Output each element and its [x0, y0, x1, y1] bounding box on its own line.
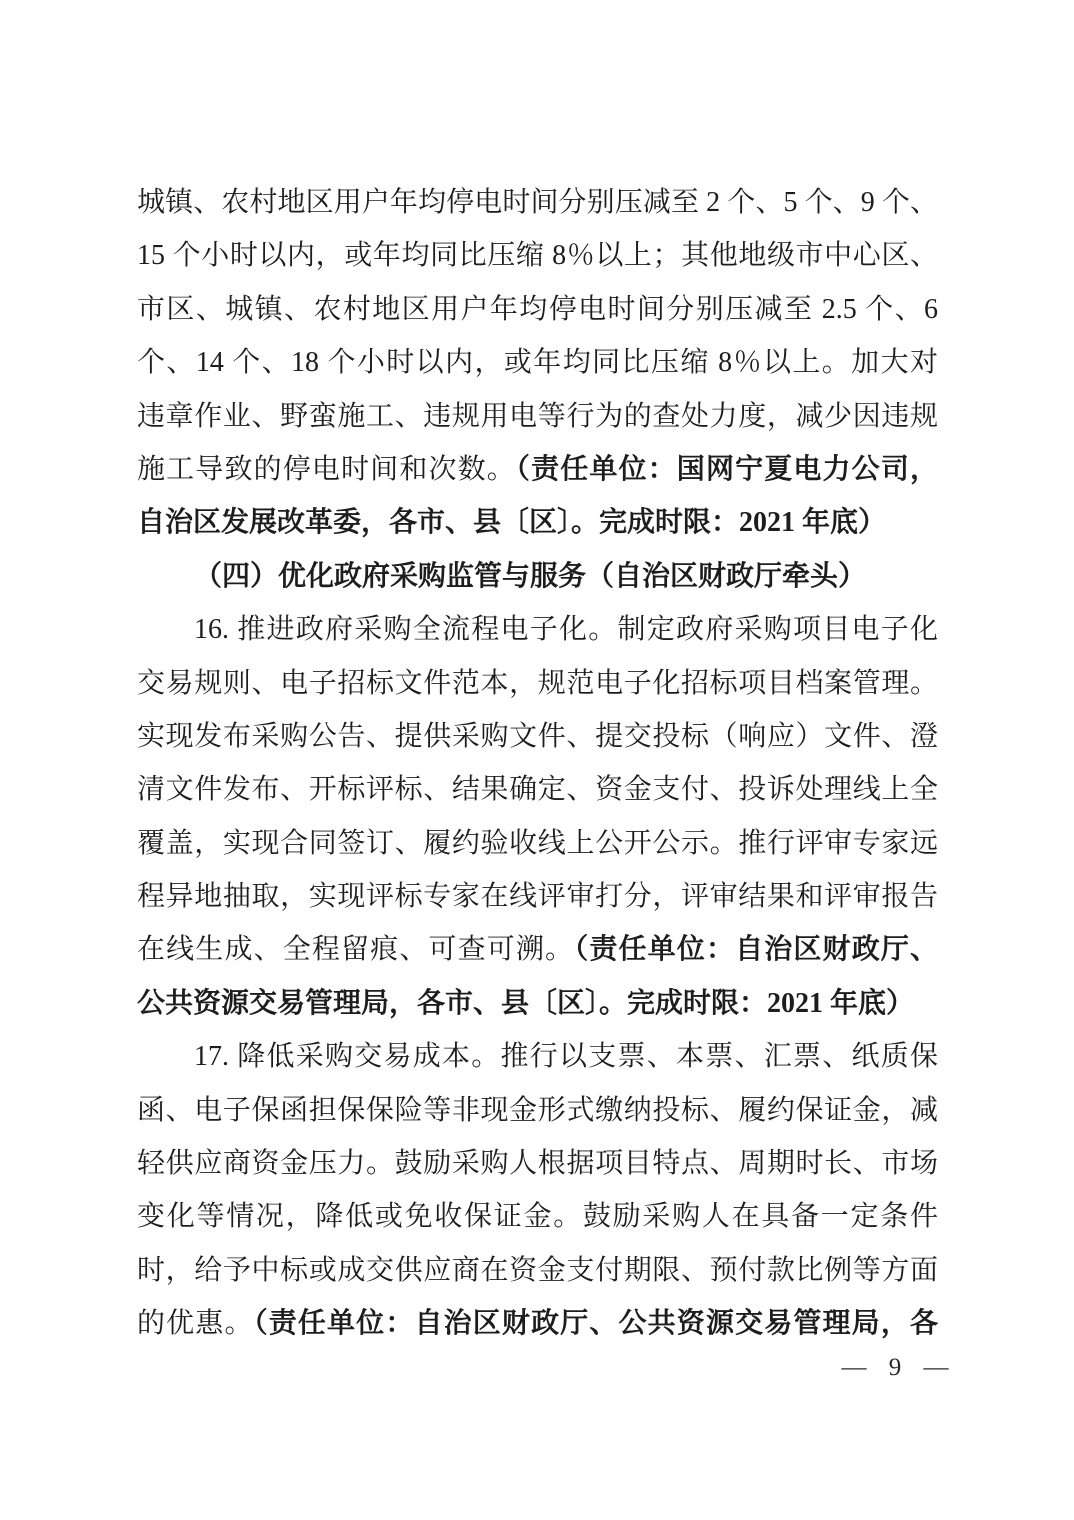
body-line-14: 程异地抽取，实现评标专家在线评审打分，评审结果和评审报告: [137, 870, 938, 923]
text-segment: 时，给予中标或成交供应商在资金支付期限、预付款比例等方面: [137, 1255, 938, 1286]
body-line-21: 时，给予中标或成交供应商在资金支付期限、预付款比例等方面: [137, 1244, 938, 1297]
text-segment: 16. 推进政府采购全流程电子化。制定政府采购项目电子化: [194, 614, 938, 645]
emphasis-segment: 自治区发展改革委，各市、县〔区〕。完成时限：2021 年底）: [137, 507, 886, 538]
text-segment: 清文件发布、开标评标、结果确定、资金支付、投诉处理线上全: [137, 774, 938, 805]
body-line-11: 实现发布采购公告、提供采购文件、提交投标（响应）文件、澄: [137, 710, 938, 763]
body-line-06: 施工导致的停电时间和次数。（责任单位：国网宁夏电力公司，: [137, 443, 938, 496]
body-line-01: 城镇、农村地区用户年均停电时间分别压减至 2 个、5 个、9 个、: [137, 176, 938, 229]
body-line-15: 在线生成、全程留痕、可查可溯。（责任单位：自治区财政厅、: [137, 923, 938, 976]
body-line-09: 16. 推进政府采购全流程电子化。制定政府采购项目电子化: [137, 603, 938, 656]
body-line-05: 违章作业、野蛮施工、违规用电等行为的查处力度，减少因违规: [137, 390, 938, 443]
body-line-16: 公共资源交易管理局，各市、县〔区〕。完成时限：2021 年底）: [137, 977, 938, 1030]
document-page: 城镇、农村地区用户年均停电时间分别压减至 2 个、5 个、9 个、15 个小时以…: [0, 0, 1074, 1520]
emphasis-segment: （责任单位：国网宁夏电力公司，: [516, 454, 938, 485]
text-segment: 个、14 个、18 个小时以内，或年均同比压缩 8％以上。加大对: [137, 347, 938, 378]
page-number: — 9 —: [810, 1348, 980, 1388]
text-segment: 施工导致的停电时间和次数。: [137, 454, 516, 485]
emphasis-segment: （责任单位：自治区财政厅、公共资源交易管理局，各: [254, 1308, 938, 1339]
body-line-22: 的优惠。（责任单位：自治区财政厅、公共资源交易管理局，各: [137, 1297, 938, 1350]
emphasis-segment: （四）优化政府采购监管与服务（自治区财政厅牵头）: [194, 561, 866, 592]
emphasis-segment: （责任单位：自治区财政厅、: [574, 934, 938, 965]
text-segment: 程异地抽取，实现评标专家在线评审打分，评审结果和评审报告: [137, 881, 938, 912]
text-segment: 15 个小时以内，或年均同比压缩 8％以上；其他地级市中心区、: [137, 240, 938, 271]
text-segment: 函、电子保函担保保险等非现金形式缴纳投标、履约保证金，减: [137, 1095, 938, 1126]
body-line-07: 自治区发展改革委，各市、县〔区〕。完成时限：2021 年底）: [137, 496, 938, 549]
text-segment: 实现发布采购公告、提供采购文件、提交投标（响应）文件、澄: [137, 721, 938, 752]
text-segment: 市区、城镇、农村地区用户年均停电时间分别压减至 2.5 个、6: [137, 294, 938, 325]
body-line-19: 轻供应商资金压力。鼓励采购人根据项目特点、周期时长、市场: [137, 1137, 938, 1190]
text-segment: 违章作业、野蛮施工、违规用电等行为的查处力度，减少因违规: [137, 401, 938, 432]
text-segment: 覆盖，实现合同签订、履约验收线上公开公示。推行评审专家远: [137, 828, 938, 859]
text-segment: 轻供应商资金压力。鼓励采购人根据项目特点、周期时长、市场: [137, 1148, 938, 1179]
body-line-04: 个、14 个、18 个小时以内，或年均同比压缩 8％以上。加大对: [137, 336, 938, 389]
text-segment: 在线生成、全程留痕、可查可溯。: [137, 934, 574, 965]
text-segment: 交易规则、电子招标文件范本，规范电子化招标项目档案管理。: [137, 668, 938, 699]
text-segment: 变化等情况，降低或免收保证金。鼓励采购人在具备一定条件: [137, 1201, 938, 1232]
text-segment: 17. 降低采购交易成本。推行以支票、本票、汇票、纸质保: [194, 1041, 938, 1072]
body-line-02: 15 个小时以内，或年均同比压缩 8％以上；其他地级市中心区、: [137, 229, 938, 282]
emphasis-segment: 公共资源交易管理局，各市、县〔区〕。完成时限：2021 年底）: [137, 988, 914, 1019]
body-line-18: 函、电子保函担保保险等非现金形式缴纳投标、履约保证金，减: [137, 1084, 938, 1137]
body-line-12: 清文件发布、开标评标、结果确定、资金支付、投诉处理线上全: [137, 763, 938, 816]
body-line-13: 覆盖，实现合同签订、履约验收线上公开公示。推行评审专家远: [137, 817, 938, 870]
document-body: 城镇、农村地区用户年均停电时间分别压减至 2 个、5 个、9 个、15 个小时以…: [137, 176, 938, 1351]
section-heading-line: （四）优化政府采购监管与服务（自治区财政厅牵头）: [137, 550, 938, 603]
body-line-10: 交易规则、电子招标文件范本，规范电子化招标项目档案管理。: [137, 657, 938, 710]
text-segment: 城镇、农村地区用户年均停电时间分别压减至 2 个、5 个、9 个、: [137, 187, 938, 218]
text-segment: 的优惠。: [137, 1308, 254, 1339]
body-line-03: 市区、城镇、农村地区用户年均停电时间分别压减至 2.5 个、6: [137, 283, 938, 336]
body-line-20: 变化等情况，降低或免收保证金。鼓励采购人在具备一定条件: [137, 1190, 938, 1243]
body-line-17: 17. 降低采购交易成本。推行以支票、本票、汇票、纸质保: [137, 1030, 938, 1083]
page-number-label: — 9 —: [842, 1354, 949, 1381]
